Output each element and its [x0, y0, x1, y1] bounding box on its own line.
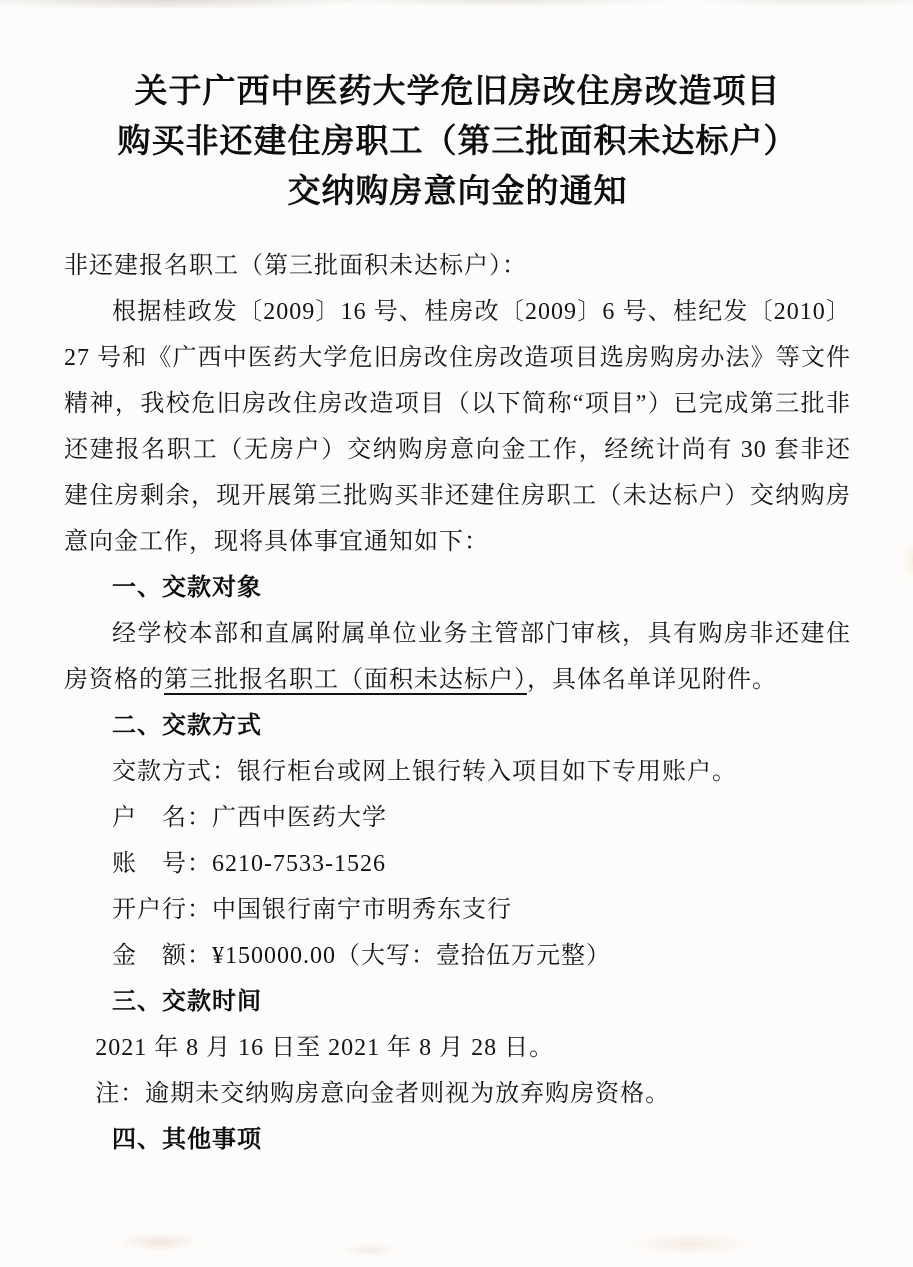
section-4-heading: 四、其他事项 — [64, 1117, 851, 1163]
payment-method-line: 交款方式：银行柜台或网上银行转入项目如下专用账户。 — [64, 749, 851, 795]
intro-paragraph: 根据桂政发〔2009〕16 号、桂房改〔2009〕6 号、桂纪发〔2010〕27… — [64, 289, 851, 565]
document-title: 关于广西中医药大学危旧房改住房改造项目 购买非还建住房职工（第三批面积未达标户）… — [64, 66, 851, 216]
bank-branch-label: 开户行： — [112, 897, 212, 923]
title-line-3: 交纳购房意向金的通知 — [64, 166, 851, 216]
amount-label: 金 额： — [112, 943, 212, 969]
account-number-row: 账 号：6210-7533-1526 — [64, 841, 851, 887]
document-page: 关于广西中医药大学危旧房改住房改造项目 购买非还建住房职工（第三批面积未达标户）… — [0, 0, 913, 1267]
bank-branch-row: 开户行：中国银行南宁市明秀东支行 — [64, 887, 851, 933]
salutation: 非还建报名职工（第三批面积未达标户）： — [64, 243, 851, 289]
overdue-note-line: 注：逾期未交纳购房意向金者则视为放弃购房资格。 — [64, 1071, 851, 1117]
account-name-label: 户 名： — [112, 805, 212, 831]
account-number-label: 账 号： — [112, 851, 212, 877]
section-2-heading: 二、交款方式 — [64, 703, 851, 749]
bank-branch-value: 中国银行南宁市明秀东支行 — [212, 897, 512, 923]
title-line-1: 关于广西中医药大学危旧房改住房改造项目 — [64, 66, 851, 116]
section-1-body: 经学校本部和直属附属单位业务主管部门审核，具有购房非还建住房资格的第三批报名职工… — [64, 611, 851, 703]
section-3-heading: 三、交款时间 — [64, 979, 851, 1025]
title-line-2: 购买非还建住房职工（第三批面积未达标户） — [64, 116, 851, 166]
document-body: 非还建报名职工（第三批面积未达标户）： 根据桂政发〔2009〕16 号、桂房改〔… — [64, 243, 851, 1163]
payment-period-line: 2021 年 8 月 16 日至 2021 年 8 月 28 日。 — [64, 1025, 851, 1071]
amount-row: 金 额：¥150000.00（大写：壹拾伍万元整） — [64, 933, 851, 979]
account-name-value: 广西中医药大学 — [212, 805, 387, 831]
account-name-row: 户 名：广西中医药大学 — [64, 795, 851, 841]
section-1-heading: 一、交款对象 — [64, 565, 851, 611]
account-number-value: 6210-7533-1526 — [212, 851, 386, 877]
section-1-text-after: ，具体名单详见附件。 — [527, 667, 777, 693]
amount-value: ¥150000.00（大写：壹拾伍万元整） — [212, 943, 611, 969]
section-1-underlined-text: 第三批报名职工（面积未达标户） — [164, 667, 527, 693]
